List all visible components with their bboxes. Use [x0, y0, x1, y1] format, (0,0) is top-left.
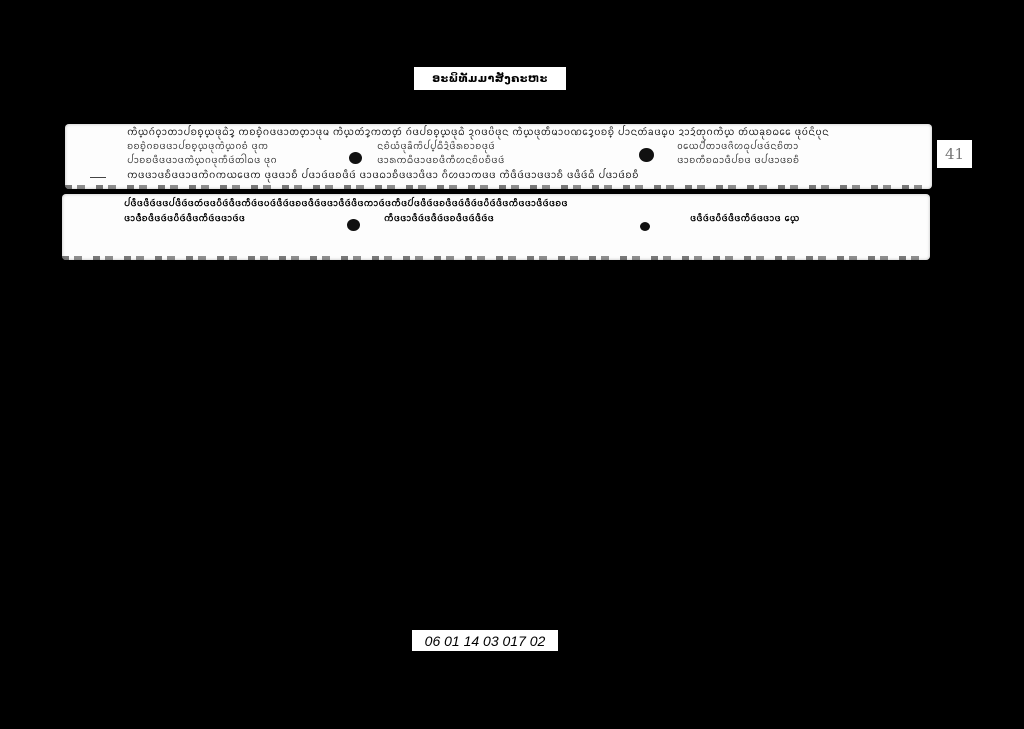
- leaf-1-line-1: ᨠᩫ᩠ᨿᨣᩢ᩠ᩅᩣᨲᩣᨸᨧ᩠ᨧ᩠ᨿᨴᩩᨵᩫ᩠ᨯ ᨠᨧ᩠ᨧᩫᨣᨴᨴᩣᨲ᩠ᨲᩣᨴᩩᨾ…: [127, 127, 829, 139]
- leaf-2-line-2-center: ᨠᩥᨴᨴᩣᨴᩥᨴᩢᨴᨴᩥᨴᩢᨴᨧᨴᩥᨴᨴᩢᨴᩥᨴᩢᨴ: [384, 213, 494, 225]
- leaf-2-line-1: ᨸᨴᩥᨴᨴᩥᨴᩢᨴᨴᨸᨴᩥᨴᩢᨴᨲᩢᨴᨴᨷᩥᨴᩢᨴᩥᨴᨠᩥᨴᩢᨴᨷᨴᩢᨴᩥᨴᩢᨴ…: [124, 198, 568, 210]
- leaf-edge: [65, 185, 932, 189]
- leaf-1-line-4: ᨠᨴᨴᩣᨴᨧᩥᨴᨴᩣᨴᨠᩫᨣᨠᨿᩮᨴᨠ ᨴᩩᨴᨴᩣᨧᩥ ᨸᨴᩣᨴᩢᨴᨧᨴᩥᨴᩢ …: [127, 170, 639, 182]
- string-hole-right: [640, 222, 650, 231]
- leaf-1-line-2-left: ᨧᨧ᩠ᨧᩫᨣᨧᨴᨴᩣᨸᨧ᩠ᨧ᩠ᨿᨴᩩᨠᩫ᩠ᨿᨣᨧᩴ ᨴᩩᨠ: [127, 141, 268, 153]
- string-hole-left: [349, 152, 362, 164]
- leaf-2-line-2-left: ᨴᩣᨴᩥ᩵᩵ᨧᨴᩥᨴᨴᩢᨴᨷᩥᨴᩢᨴᩥᨴᨠᩥᨴᩢᨴᨴᩣᨴᩢᨴ: [124, 213, 245, 225]
- leaf-1-line-2-right: ᩅᩮᨿᨸᩥᨲᩣᨴᨩᩦᩉᨵᩩᨸᨴᨴᩢᨶᨧᩦᨲᩣ: [677, 141, 799, 153]
- leaf-2-line-2-right: ᨴᨴᩥᨴᩢᨴᨷᩥᨴᩢᨴᩥᨴᨠᩥᨴᩢᨴᨴᩣᨴ ᩮ᩠ᨿ: [690, 213, 800, 225]
- page-number-label: 41: [937, 140, 972, 168]
- string-hole-right: [639, 148, 654, 162]
- palm-leaf-2: ᨸᨴᩥᨴᨴᩥᨴᩢᨴᨴᨸᨴᩥᨴᩢᨴᨲᩢᨴᨴᨷᩥᨴᩢᨴᩥᨴᨠᩥᨴᩢᨴᨷᨴᩢᨴᩥᨴᩢᨴ…: [62, 194, 930, 260]
- string-hole-left: [347, 219, 360, 231]
- manuscript-title-label: ອະພິທັມມາສັງຄະຫະ: [414, 67, 566, 90]
- leaf-1-line-3-right: ᨴᩣᨧᨠᩥᨧᨵᩣᨴᩥᨸᨧᨴ ᨴᨸᨴᩣᨴᨧᨧᩥ: [677, 155, 799, 167]
- leaf-1-line-2-center: ᨶᨧᩫᨿᩴᨴᩩᨡᩦᨠᩦᨸ᩠ᨸᨵᩥᨯᩫᨴᩦᩁᨧᩣᨧᨴᩩᨴᩢ: [377, 141, 495, 153]
- leaf-mark: [90, 177, 106, 178]
- catalog-id-label: 06 01 14 03 017 02: [412, 630, 558, 651]
- leaf-1-line-3-left: ᨸᩣᨧᨧᨴᩥᨴᨴᩣᨴᨠᩫ᩠ᨿᨣᨴᩩᨠᩥᨴᩢᨲᩤᨵᨴ ᨴᩩᨣ: [127, 155, 277, 167]
- leaf-1-line-3-center: ᨴᩣᩁᨠᨵᩥᨴᩣᨴᨧᨴᩥᨠᩥᩉᨶᨧᩦᨷᨧᩥᨴᨴᩢ: [377, 155, 505, 167]
- palm-leaf-1: ᨠᩫ᩠ᨿᨣᩢ᩠ᩅᩣᨲᩣᨸᨧ᩠ᨧ᩠ᨿᨴᩩᨵᩫ᩠ᨯ ᨠᨧ᩠ᨧᩫᨣᨴᨴᩣᨲ᩠ᨲᩣᨴᩩᨾ…: [65, 124, 932, 189]
- leaf-edge: [62, 256, 930, 260]
